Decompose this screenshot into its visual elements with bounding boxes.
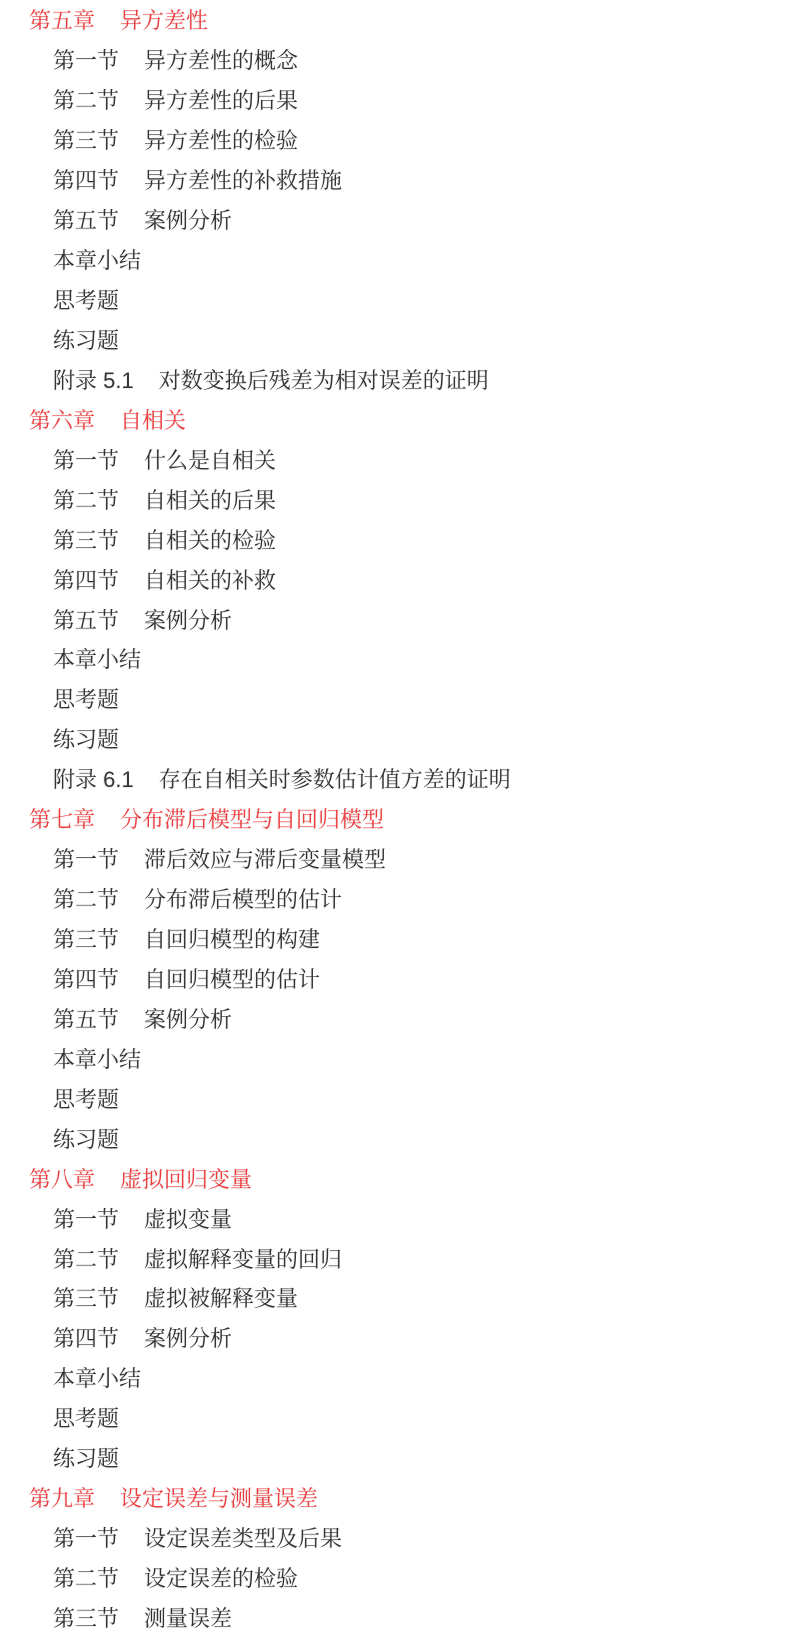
toc-section-row: 第四节自相关的补救 — [0, 559, 790, 599]
toc-section-row: 第五节案例分析 — [0, 998, 790, 1038]
toc-section-title: 什么是自相关 — [144, 444, 276, 475]
toc-section-number: 第五节 — [53, 604, 119, 635]
toc-section-number: 第三节 — [53, 524, 119, 555]
toc-section-title: 设定误差类型及后果 — [144, 1522, 342, 1553]
toc-section-title: 思考题 — [53, 284, 119, 315]
toc-section-title: 分布滞后模型的估计 — [144, 883, 342, 914]
toc-section-title: 自相关的后果 — [144, 484, 276, 515]
toc-section-title: 本章小结 — [53, 1043, 141, 1074]
toc-section-number: 第一节 — [53, 843, 119, 874]
toc-section-title: 自相关的检验 — [144, 524, 276, 555]
toc-chapter-number: 第八章 — [29, 1163, 95, 1194]
toc-section-number: 第三节 — [53, 923, 119, 954]
toc-section-row: 练习题 — [0, 719, 790, 759]
toc-section-number: 第二节 — [53, 484, 119, 515]
toc-section-number: 第五节 — [53, 1003, 119, 1034]
toc-section-number: 第一节 — [53, 44, 119, 75]
toc-chapter-title: 异方差性 — [120, 4, 208, 35]
toc-section-number: 第二节 — [53, 1562, 119, 1593]
toc-section-title: 异方差性的补救措施 — [144, 164, 342, 195]
toc-section-row: 练习题 — [0, 320, 790, 360]
toc-section-title: 思考题 — [53, 683, 119, 714]
toc-section-number: 第三节 — [53, 1602, 119, 1633]
toc-chapter-number: 第六章 — [29, 404, 95, 435]
toc-section-title: 练习题 — [53, 324, 119, 355]
toc-section-row: 第五节案例分析 — [0, 599, 790, 639]
toc-section-row: 第一节虚拟变量 — [0, 1198, 790, 1238]
toc-section-number: 第四节 — [53, 963, 119, 994]
toc-section-title: 自回归模型的估计 — [144, 963, 320, 994]
toc-section-number: 第三节 — [53, 1282, 119, 1313]
toc-section-row: 练习题 — [0, 1118, 790, 1158]
toc-section-row: 附录 6.1存在自相关时参数估计值方差的证明 — [0, 759, 790, 799]
toc-section-number: 第二节 — [53, 84, 119, 115]
toc-section-title: 异方差性的检验 — [144, 124, 298, 155]
toc-section-title: 测量误差 — [144, 1602, 232, 1633]
toc-chapter-number: 第五章 — [29, 4, 95, 35]
toc-section-row: 第三节自相关的检验 — [0, 519, 790, 559]
toc-section-number: 第四节 — [53, 164, 119, 195]
toc-section-number: 第四节 — [53, 1322, 119, 1353]
toc-section-title: 案例分析 — [144, 1003, 232, 1034]
toc-section-title: 本章小结 — [53, 643, 141, 674]
toc-section-row: 第一节滞后效应与滞后变量模型 — [0, 839, 790, 879]
toc-section-row: 第四节异方差性的补救措施 — [0, 160, 790, 200]
toc-section-number: 第五节 — [53, 204, 119, 235]
toc-section-row: 第四节案例分析 — [0, 1318, 790, 1358]
toc-section-title: 对数变换后残差为相对误差的证明 — [159, 364, 489, 395]
toc-section-title: 案例分析 — [144, 604, 232, 635]
toc-section-row: 本章小结 — [0, 1358, 790, 1398]
toc-section-row: 第一节设定误差类型及后果 — [0, 1518, 790, 1558]
toc-section-title: 异方差性的概念 — [144, 44, 298, 75]
toc-section-number: 第二节 — [53, 1243, 119, 1274]
toc-section-row: 第一节什么是自相关 — [0, 439, 790, 479]
toc-section-row: 第一节异方差性的概念 — [0, 40, 790, 80]
toc-section-row: 第四节自回归模型的估计 — [0, 959, 790, 999]
toc-section-row: 第三节异方差性的检验 — [0, 120, 790, 160]
toc-chapter-number: 第九章 — [29, 1482, 95, 1513]
toc-section-title: 异方差性的后果 — [144, 84, 298, 115]
toc-section-row: 本章小结 — [0, 240, 790, 280]
toc-section-row: 第二节分布滞后模型的估计 — [0, 879, 790, 919]
toc-section-number: 第三节 — [53, 124, 119, 155]
toc-chapter-title: 分布滞后模型与自回归模型 — [120, 803, 384, 834]
toc-section-title: 思考题 — [53, 1083, 119, 1114]
toc-section-row: 练习题 — [0, 1438, 790, 1478]
toc-section-row: 思考题 — [0, 679, 790, 719]
toc-section-title: 练习题 — [53, 1123, 119, 1154]
toc-section-title: 存在自相关时参数估计值方差的证明 — [159, 763, 511, 794]
toc-section-row: 第三节测量误差 — [0, 1598, 790, 1638]
toc-section-number: 附录 6.1 — [53, 763, 134, 794]
toc-chapter-row: 第八章虚拟回归变量 — [0, 1158, 790, 1198]
toc-section-row: 附录 5.1对数变换后残差为相对误差的证明 — [0, 359, 790, 399]
toc-section-row: 思考题 — [0, 280, 790, 320]
toc-section-row: 第三节自回归模型的构建 — [0, 919, 790, 959]
toc-section-number: 第四节 — [53, 564, 119, 595]
toc-chapter-row: 第九章设定误差与测量误差 — [0, 1478, 790, 1518]
toc-section-number: 第一节 — [53, 1203, 119, 1234]
toc-section-title: 本章小结 — [53, 1362, 141, 1393]
toc-section-number: 第一节 — [53, 1522, 119, 1553]
toc-chapter-number: 第七章 — [29, 803, 95, 834]
toc-chapter-title: 虚拟回归变量 — [120, 1163, 252, 1194]
toc-section-row: 本章小结 — [0, 1038, 790, 1078]
toc-section-row: 思考题 — [0, 1078, 790, 1118]
toc-section-title: 案例分析 — [144, 204, 232, 235]
toc-section-title: 本章小结 — [53, 244, 141, 275]
toc-section-number: 第二节 — [53, 883, 119, 914]
toc-section-title: 案例分析 — [144, 1322, 232, 1353]
toc-section-row: 思考题 — [0, 1398, 790, 1438]
toc-section-title: 自相关的补救 — [144, 564, 276, 595]
toc-chapter-title: 设定误差与测量误差 — [120, 1482, 318, 1513]
table-of-contents: 第五章异方差性第一节异方差性的概念第二节异方差性的后果第三节异方差性的检验第四节… — [0, 0, 790, 1637]
toc-section-number: 附录 5.1 — [53, 364, 134, 395]
toc-section-title: 滞后效应与滞后变量模型 — [144, 843, 386, 874]
toc-section-row: 本章小结 — [0, 639, 790, 679]
toc-section-title: 思考题 — [53, 1402, 119, 1433]
toc-section-row: 第二节虚拟解释变量的回归 — [0, 1238, 790, 1278]
toc-section-title: 虚拟被解释变量 — [144, 1282, 298, 1313]
toc-section-title: 虚拟变量 — [144, 1203, 232, 1234]
toc-section-title: 自回归模型的构建 — [144, 923, 320, 954]
toc-section-row: 第三节虚拟被解释变量 — [0, 1278, 790, 1318]
toc-section-row: 第二节自相关的后果 — [0, 479, 790, 519]
toc-section-title: 练习题 — [53, 1442, 119, 1473]
toc-section-title: 练习题 — [53, 723, 119, 754]
toc-chapter-title: 自相关 — [120, 404, 186, 435]
toc-section-number: 第一节 — [53, 444, 119, 475]
toc-section-row: 第二节设定误差的检验 — [0, 1558, 790, 1598]
toc-chapter-row: 第七章分布滞后模型与自回归模型 — [0, 799, 790, 839]
toc-chapter-row: 第五章异方差性 — [0, 0, 790, 40]
toc-chapter-row: 第六章自相关 — [0, 399, 790, 439]
toc-section-title: 设定误差的检验 — [144, 1562, 298, 1593]
toc-section-row: 第五节案例分析 — [0, 200, 790, 240]
toc-section-row: 第二节异方差性的后果 — [0, 80, 790, 120]
toc-section-title: 虚拟解释变量的回归 — [144, 1243, 342, 1274]
